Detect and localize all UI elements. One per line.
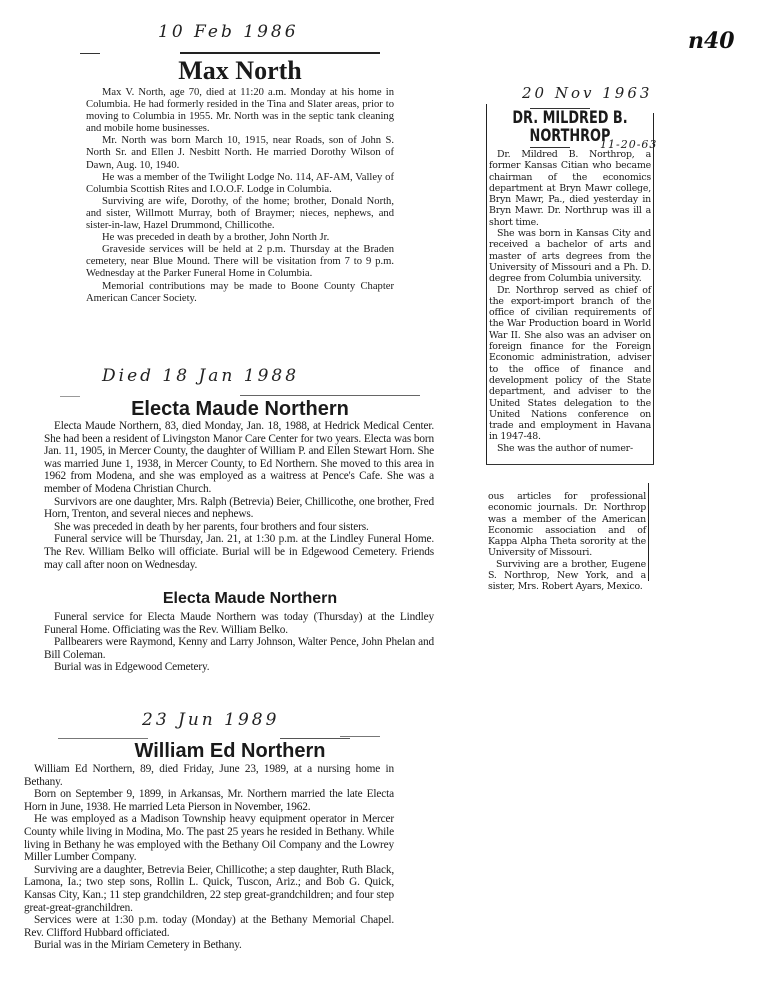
paragraph: She was preceded in death by her parents… xyxy=(44,521,434,534)
obituary-title: William Ed Northern xyxy=(20,739,440,763)
paragraph: He was preceded in death by a brother, J… xyxy=(86,232,394,244)
paragraph: Mr. North was born March 10, 1915, near … xyxy=(86,135,394,171)
obituary-body: William Ed Northern, 89, died Friday, Ju… xyxy=(24,763,394,952)
obituary-title: Electa Maude Northern xyxy=(60,589,440,609)
obituary-body: Max V. North, age 70, died at 11:20 a.m.… xyxy=(86,87,394,305)
paragraph: Dr. Mildred B. Northrop, a former Kansas… xyxy=(489,149,651,228)
paragraph: Services were at 1:30 p.m. today (Monday… xyxy=(24,914,394,939)
paragraph: Electa Maude Northern, 83, died Monday, … xyxy=(44,420,434,496)
column-border-left xyxy=(486,104,487,464)
handwritten-date: Died 18 Jan 1988 xyxy=(102,366,299,386)
handwritten-date: 20 Nov 1963 xyxy=(522,84,652,102)
paragraph: Surviving are a daughter, Betrevia Beier… xyxy=(24,864,394,914)
paragraph: Burial was in Edgewood Cemetery. xyxy=(44,661,434,674)
paragraph: Surviving are a brother, Eugene S. North… xyxy=(488,559,646,593)
paragraph: He was a member of the Twilight Lodge No… xyxy=(86,172,394,196)
paragraph: Graveside services will be held at 2 p.m… xyxy=(86,244,394,280)
continuation-border-right xyxy=(648,483,649,581)
obituary-continuation: ous articles for professional economic j… xyxy=(488,491,646,593)
obituary-body: Funeral service for Electa Maude Norther… xyxy=(44,611,434,674)
obituary-body: Dr. Mildred B. Northrop, a former Kansas… xyxy=(489,149,651,454)
paragraph: Survivors are one daughter, Mrs. Ralph (… xyxy=(44,496,434,521)
paragraph: ous articles for professional economic j… xyxy=(488,491,646,559)
obituary-body: Electa Maude Northern, 83, died Monday, … xyxy=(44,420,434,571)
paragraph: Max V. North, age 70, died at 11:20 a.m.… xyxy=(86,87,394,135)
paragraph: Memorial contributions may be made to Bo… xyxy=(86,281,394,305)
paragraph: Surviving are wife, Dorothy, of the home… xyxy=(86,196,394,232)
paragraph: Pallbearers were Raymond, Kenny and Larr… xyxy=(44,636,434,661)
paragraph: Dr. Northrop served as chief of the expo… xyxy=(489,285,651,443)
handwritten-date: 23 Jun 1989 xyxy=(142,710,279,730)
divider xyxy=(240,395,420,396)
paragraph: Born on September 9, 1899, in Arkansas, … xyxy=(24,788,394,813)
paragraph: Burial was in the Miriam Cemetery in Bet… xyxy=(24,939,394,952)
paragraph: She was born in Kansas City and received… xyxy=(489,228,651,284)
divider xyxy=(80,53,100,54)
obituary-title: Electa Maude Northern xyxy=(40,397,440,421)
obituary-title: Max North xyxy=(80,56,400,86)
obituary-title-line1: DR. MILDRED B. xyxy=(504,109,635,127)
column-border-right xyxy=(653,113,654,464)
divider xyxy=(530,147,570,148)
paragraph: He was employed as a Madison Township he… xyxy=(24,813,394,863)
paragraph: She was the author of numer- xyxy=(489,443,651,454)
divider xyxy=(180,52,380,54)
handwritten-date: 10 Feb 1986 xyxy=(158,22,299,42)
column-border-bottom xyxy=(486,464,654,465)
paragraph: Funeral service will be Thursday, Jan. 2… xyxy=(44,533,434,571)
paragraph: William Ed Northern, 89, died Friday, Ju… xyxy=(24,763,394,788)
page-number: n40 xyxy=(688,28,735,54)
divider xyxy=(340,736,380,737)
paragraph: Funeral service for Electa Maude Norther… xyxy=(44,611,434,636)
